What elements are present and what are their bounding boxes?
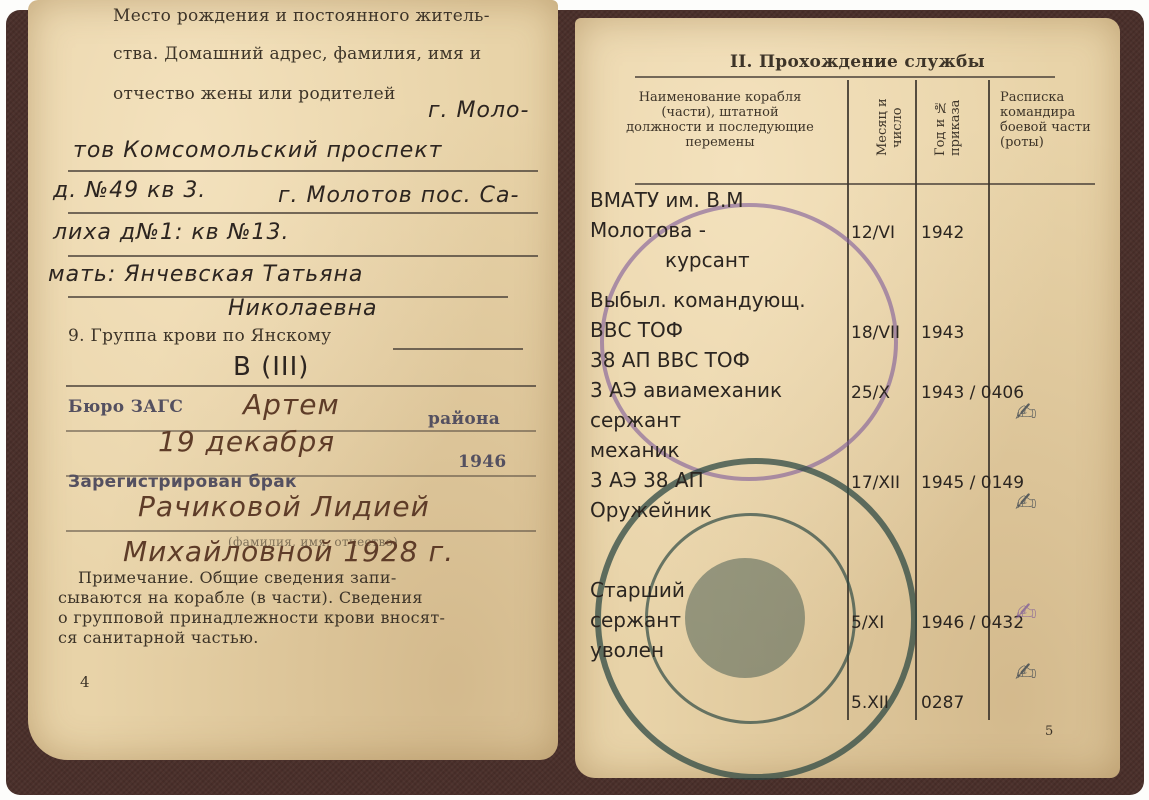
note-line: сываются на корабле (в части). Сведения <box>58 588 423 608</box>
note-line: о групповой принадлежности крови вносят- <box>58 608 445 628</box>
column-header-date: Месяц и число <box>875 80 905 175</box>
emblem-icon <box>685 558 805 678</box>
signature: ✍ <box>1015 398 1037 428</box>
row-date: 18/VII <box>851 323 900 343</box>
signature: ✍ <box>1015 488 1037 518</box>
handwritten-mother: Николаевна <box>228 296 378 321</box>
right-page: II. Прохождение службы Наименование кора… <box>575 18 1120 778</box>
handwritten-mother: мать: Янчевская Татьяна <box>48 262 363 287</box>
printed-heading-line: ства. Домашний адрес, фамилия, имя и <box>113 40 481 68</box>
row-unit-text: Выбыл. командующ. <box>590 288 806 312</box>
column-header-unit: Наименование корабля (части), штатной до… <box>625 90 815 150</box>
row-order: 1943 <box>921 323 964 343</box>
row-unit-text: сержант <box>590 608 681 632</box>
row-unit-text: ВМАТУ им. В.М <box>590 188 744 212</box>
registry-district-label: района <box>428 405 500 433</box>
row-order: 1943 / 0406 <box>921 383 1024 403</box>
left-page: Место рождения и постоянного житель- ств… <box>28 0 558 760</box>
row-unit-text: 3 АЭ авиамеханик <box>590 378 782 402</box>
row-unit-text: Оружейник <box>590 498 712 522</box>
row-unit-text: 38 АП ВВС ТОФ <box>590 348 750 372</box>
row-order: 0287 <box>921 693 964 713</box>
page-number: 4 <box>80 668 90 696</box>
column-header-signature: Расписка командира боевой части (роты) <box>1000 90 1110 150</box>
handwritten-address: г. Молотов пос. Са- <box>278 183 519 208</box>
handwritten-address: д. №49 кв 3. <box>53 178 206 203</box>
row-unit-text: уволен <box>590 638 664 662</box>
row-unit-text: ВВС ТОФ <box>590 318 683 342</box>
row-unit-text: Молотова - <box>590 218 706 242</box>
note-line: ся санитарной частью. <box>58 628 259 648</box>
spouse-name-line2: Михайловной 1928 г. <box>123 535 454 568</box>
handwritten-address: тов Комсомольский проспект <box>73 138 442 163</box>
note-line: Примечание. Общие сведения запи- <box>78 568 397 588</box>
printed-heading-line: отчество жены или родителей <box>113 80 396 108</box>
handwritten-address: лиха д№1: кв №13. <box>53 220 289 245</box>
row-date: 12/VI <box>851 223 895 243</box>
blood-group-label: 9. Группа крови по Янскому <box>68 322 331 350</box>
row-unit-text: курсант <box>665 248 750 272</box>
blood-group-value: В (III) <box>233 352 309 382</box>
row-order: 1946 / 0432 <box>921 613 1024 633</box>
row-date: 25/X <box>851 383 890 403</box>
signature: ✍ <box>1015 598 1037 628</box>
row-unit-text: механик <box>590 438 680 462</box>
row-date: 5.XII <box>851 693 889 713</box>
row-date: 17/XII <box>851 473 900 493</box>
handwritten-address: г. Моло- <box>428 98 529 123</box>
section-title: II. Прохождение службы <box>730 48 985 76</box>
registry-office-stamp: Бюро ЗАГС <box>68 393 183 421</box>
row-date: 5/XI <box>851 613 884 633</box>
registry-date: 19 декабря <box>158 425 335 458</box>
printed-heading-line: Место рождения и постоянного житель- <box>113 2 490 30</box>
spouse-name-line1: Рачиковой Лидией <box>138 490 430 523</box>
row-unit-text: Старший <box>590 578 685 602</box>
row-unit-text: 3 АЭ 38 АП <box>590 468 704 492</box>
column-header-order: Год и № приказа <box>933 80 963 175</box>
row-unit-text: сержант <box>590 408 681 432</box>
registry-place: Артем <box>243 388 340 421</box>
page-number: 5 <box>1045 718 1054 746</box>
registry-year: 1946 <box>458 448 507 476</box>
row-order: 1945 / 0149 <box>921 473 1024 493</box>
row-order: 1942 <box>921 223 964 243</box>
signature: ✍ <box>1015 658 1037 688</box>
